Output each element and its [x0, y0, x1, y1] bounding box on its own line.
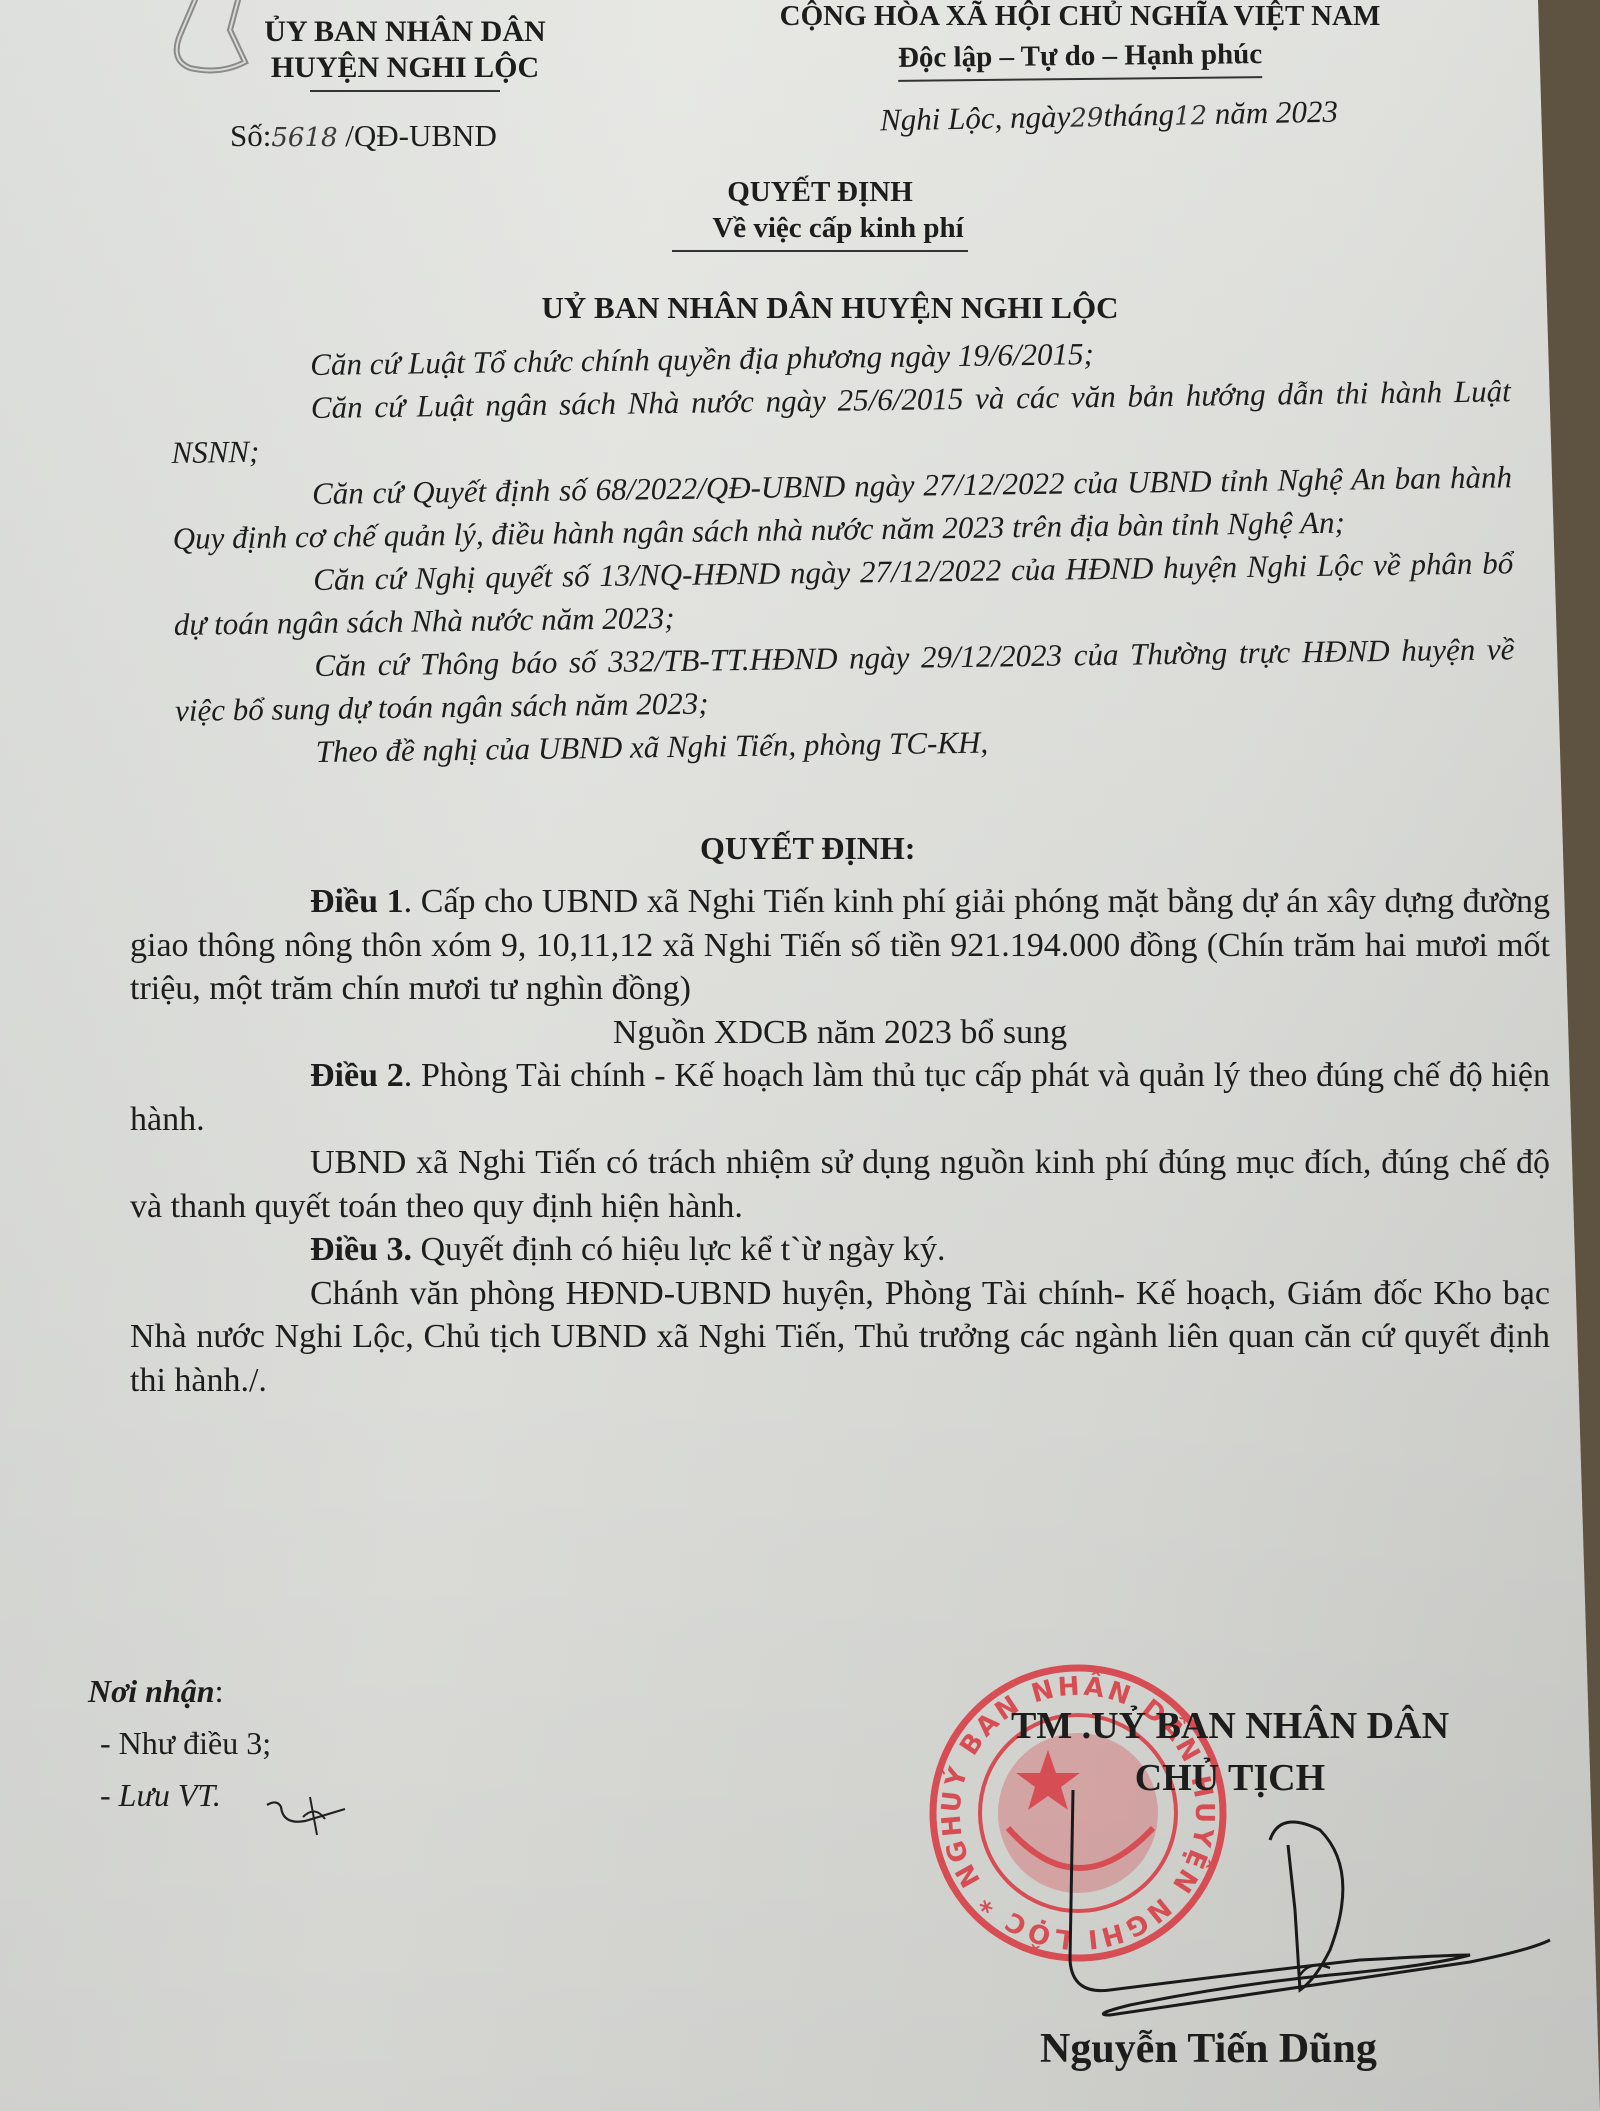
doc-number-handwritten: 5618 — [271, 123, 337, 153]
year-text: năm 2023 — [1215, 94, 1339, 131]
doc-number-suffix: /QĐ-UBND — [345, 118, 497, 153]
initials-mark-icon — [265, 1795, 360, 1845]
article-2: Điều 2. Phòng Tài chính - Kế hoạch làm t… — [130, 1054, 1550, 1141]
article-1: Điều 1. Cấp cho UBND xã Nghi Tiến kinh p… — [130, 880, 1550, 1011]
issuer-block: ỦY BAN NHÂN DÂN HUYỆN NGHI LỘC — [200, 14, 610, 92]
national-motto: Độc lập – Tự do – Hạnh phúc — [898, 34, 1263, 82]
issuer-line-1: ỦY BAN NHÂN DÂN — [200, 14, 610, 50]
place-date-prefix: Nghi Lộc, ngày — [880, 99, 1071, 138]
recipients-colon: : — [215, 1673, 224, 1709]
article-3-text: Quyết định có hiệu lực kể t`ừ ngày ký. — [412, 1231, 946, 1268]
article-3-extra: Chánh văn phòng HĐND-UBND huyện, Phòng T… — [130, 1272, 1550, 1403]
document-title-block: QUYẾT ĐỊNH Về việc cấp kinh phí — [640, 174, 1000, 252]
issuing-authority: UỶ BAN NHÂN DÂN HUYỆN NGHI LỘC — [430, 290, 1230, 326]
signature-block: TM .UỶ BAN NHÂN DÂN CHỦ TỊCH — [930, 1700, 1530, 1804]
document-title: QUYẾT ĐỊNH — [640, 174, 1000, 210]
doc-number-prefix: Số: — [230, 118, 271, 153]
on-behalf-label: TM .UỶ BAN NHÂN DÂN — [930, 1700, 1530, 1752]
signer-name: Nguyễn Tiến Dũng — [1040, 2025, 1377, 2073]
issuer-underline — [310, 90, 500, 92]
issuer-line-2: HUYỆN NGHI LỘC — [200, 50, 610, 86]
legal-bases: Căn cứ Luật Tổ chức chính quyền địa phươ… — [170, 326, 1516, 775]
articles: Điều 1. Cấp cho UBND xã Nghi Tiến kinh p… — [130, 880, 1550, 1402]
article-2-label: Điều 2 — [310, 1057, 404, 1094]
month-label: tháng — [1103, 97, 1174, 133]
article-1-label: Điều 1 — [310, 883, 404, 920]
article-3-label: Điều 3. — [310, 1231, 412, 1268]
nation-block: CỘNG HÒA XÃ HỘI CHỦ NGHĨA VIỆT NAM Độc l… — [700, 0, 1460, 80]
recipients-label: Nơi nhận — [88, 1673, 215, 1709]
article-3: Điều 3. Quyết định có hiệu lực kể t`ừ ng… — [130, 1228, 1550, 1272]
nation-title: CỘNG HÒA XÃ HỘI CHỦ NGHĨA VIỆT NAM — [700, 0, 1460, 36]
recipients: Nơi nhận: - Như điều 3; - Lưu VT. — [88, 1665, 271, 1821]
decision-heading: QUYẾT ĐỊNH: — [700, 830, 915, 867]
article-2-extra: UBND xã Nghi Tiến có trách nhiệm sử dụng… — [130, 1141, 1550, 1228]
day-handwritten: 29 — [1070, 103, 1104, 134]
document-subject: Về việc cấp kinh phí — [672, 210, 967, 252]
document-number: Số:5618 /QĐ-UBND — [230, 118, 497, 154]
month-handwritten: 12 — [1174, 101, 1208, 132]
article-1-source: Nguồn XDCB năm 2023 bổ sung — [130, 1011, 1550, 1055]
handwritten-signature-icon — [1030, 1790, 1580, 2050]
recipient-item: - Như điều 3; — [88, 1717, 271, 1769]
recipient-item: - Lưu VT. — [88, 1769, 271, 1821]
